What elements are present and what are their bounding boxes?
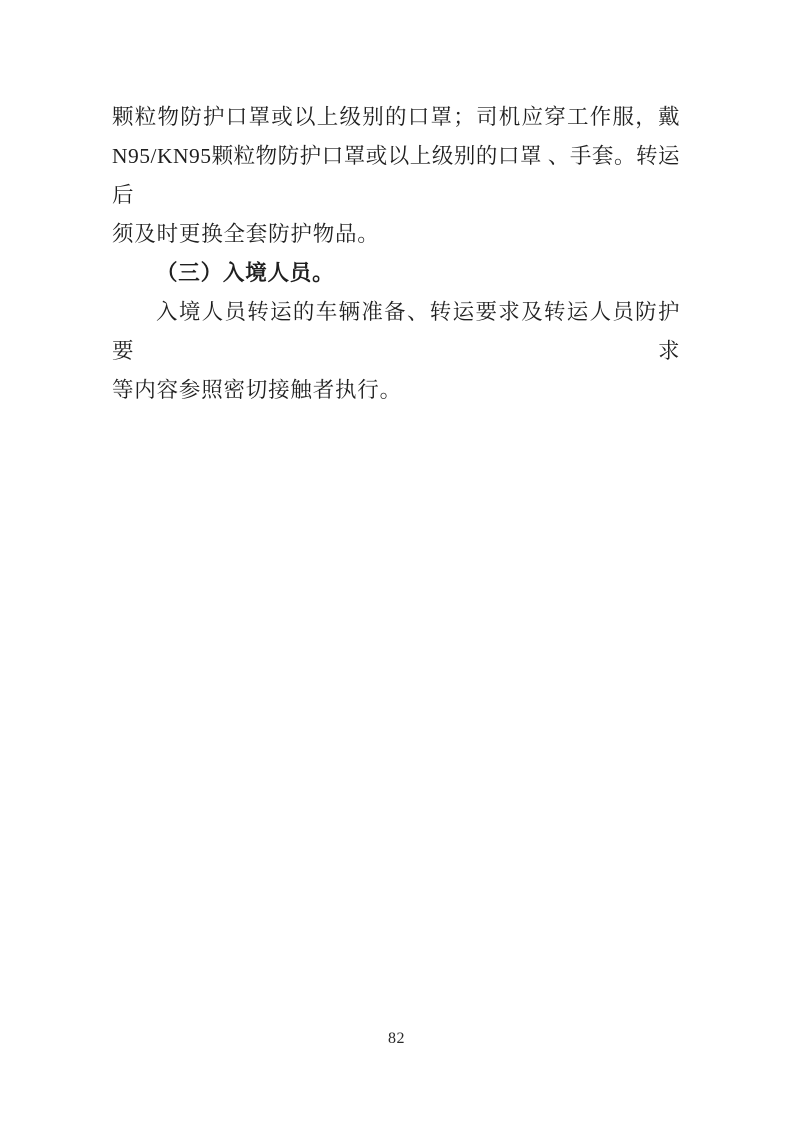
text-block: 颗粒物防护口罩或以上级别的口罩；司机应穿工作服，戴 N95/KN95颗粒物防护口… bbox=[112, 98, 680, 410]
section-heading: （三）入境人员。 bbox=[112, 254, 680, 293]
body-line-4: 入境人员转运的车辆准备、转运要求及转运人员防护要求 bbox=[112, 293, 680, 371]
body-line-1: 颗粒物防护口罩或以上级别的口罩；司机应穿工作服，戴 bbox=[112, 98, 680, 137]
page-number: 82 bbox=[0, 1030, 793, 1048]
document-page: 颗粒物防护口罩或以上级别的口罩；司机应穿工作服，戴 N95/KN95颗粒物防护口… bbox=[0, 0, 793, 1122]
body-line-2: N95/KN95颗粒物防护口罩或以上级别的口罩 、手套。转运后 bbox=[112, 137, 680, 215]
body-line-5: 等内容参照密切接触者执行。 bbox=[112, 371, 680, 410]
body-line-3: 须及时更换全套防护物品。 bbox=[112, 215, 680, 254]
